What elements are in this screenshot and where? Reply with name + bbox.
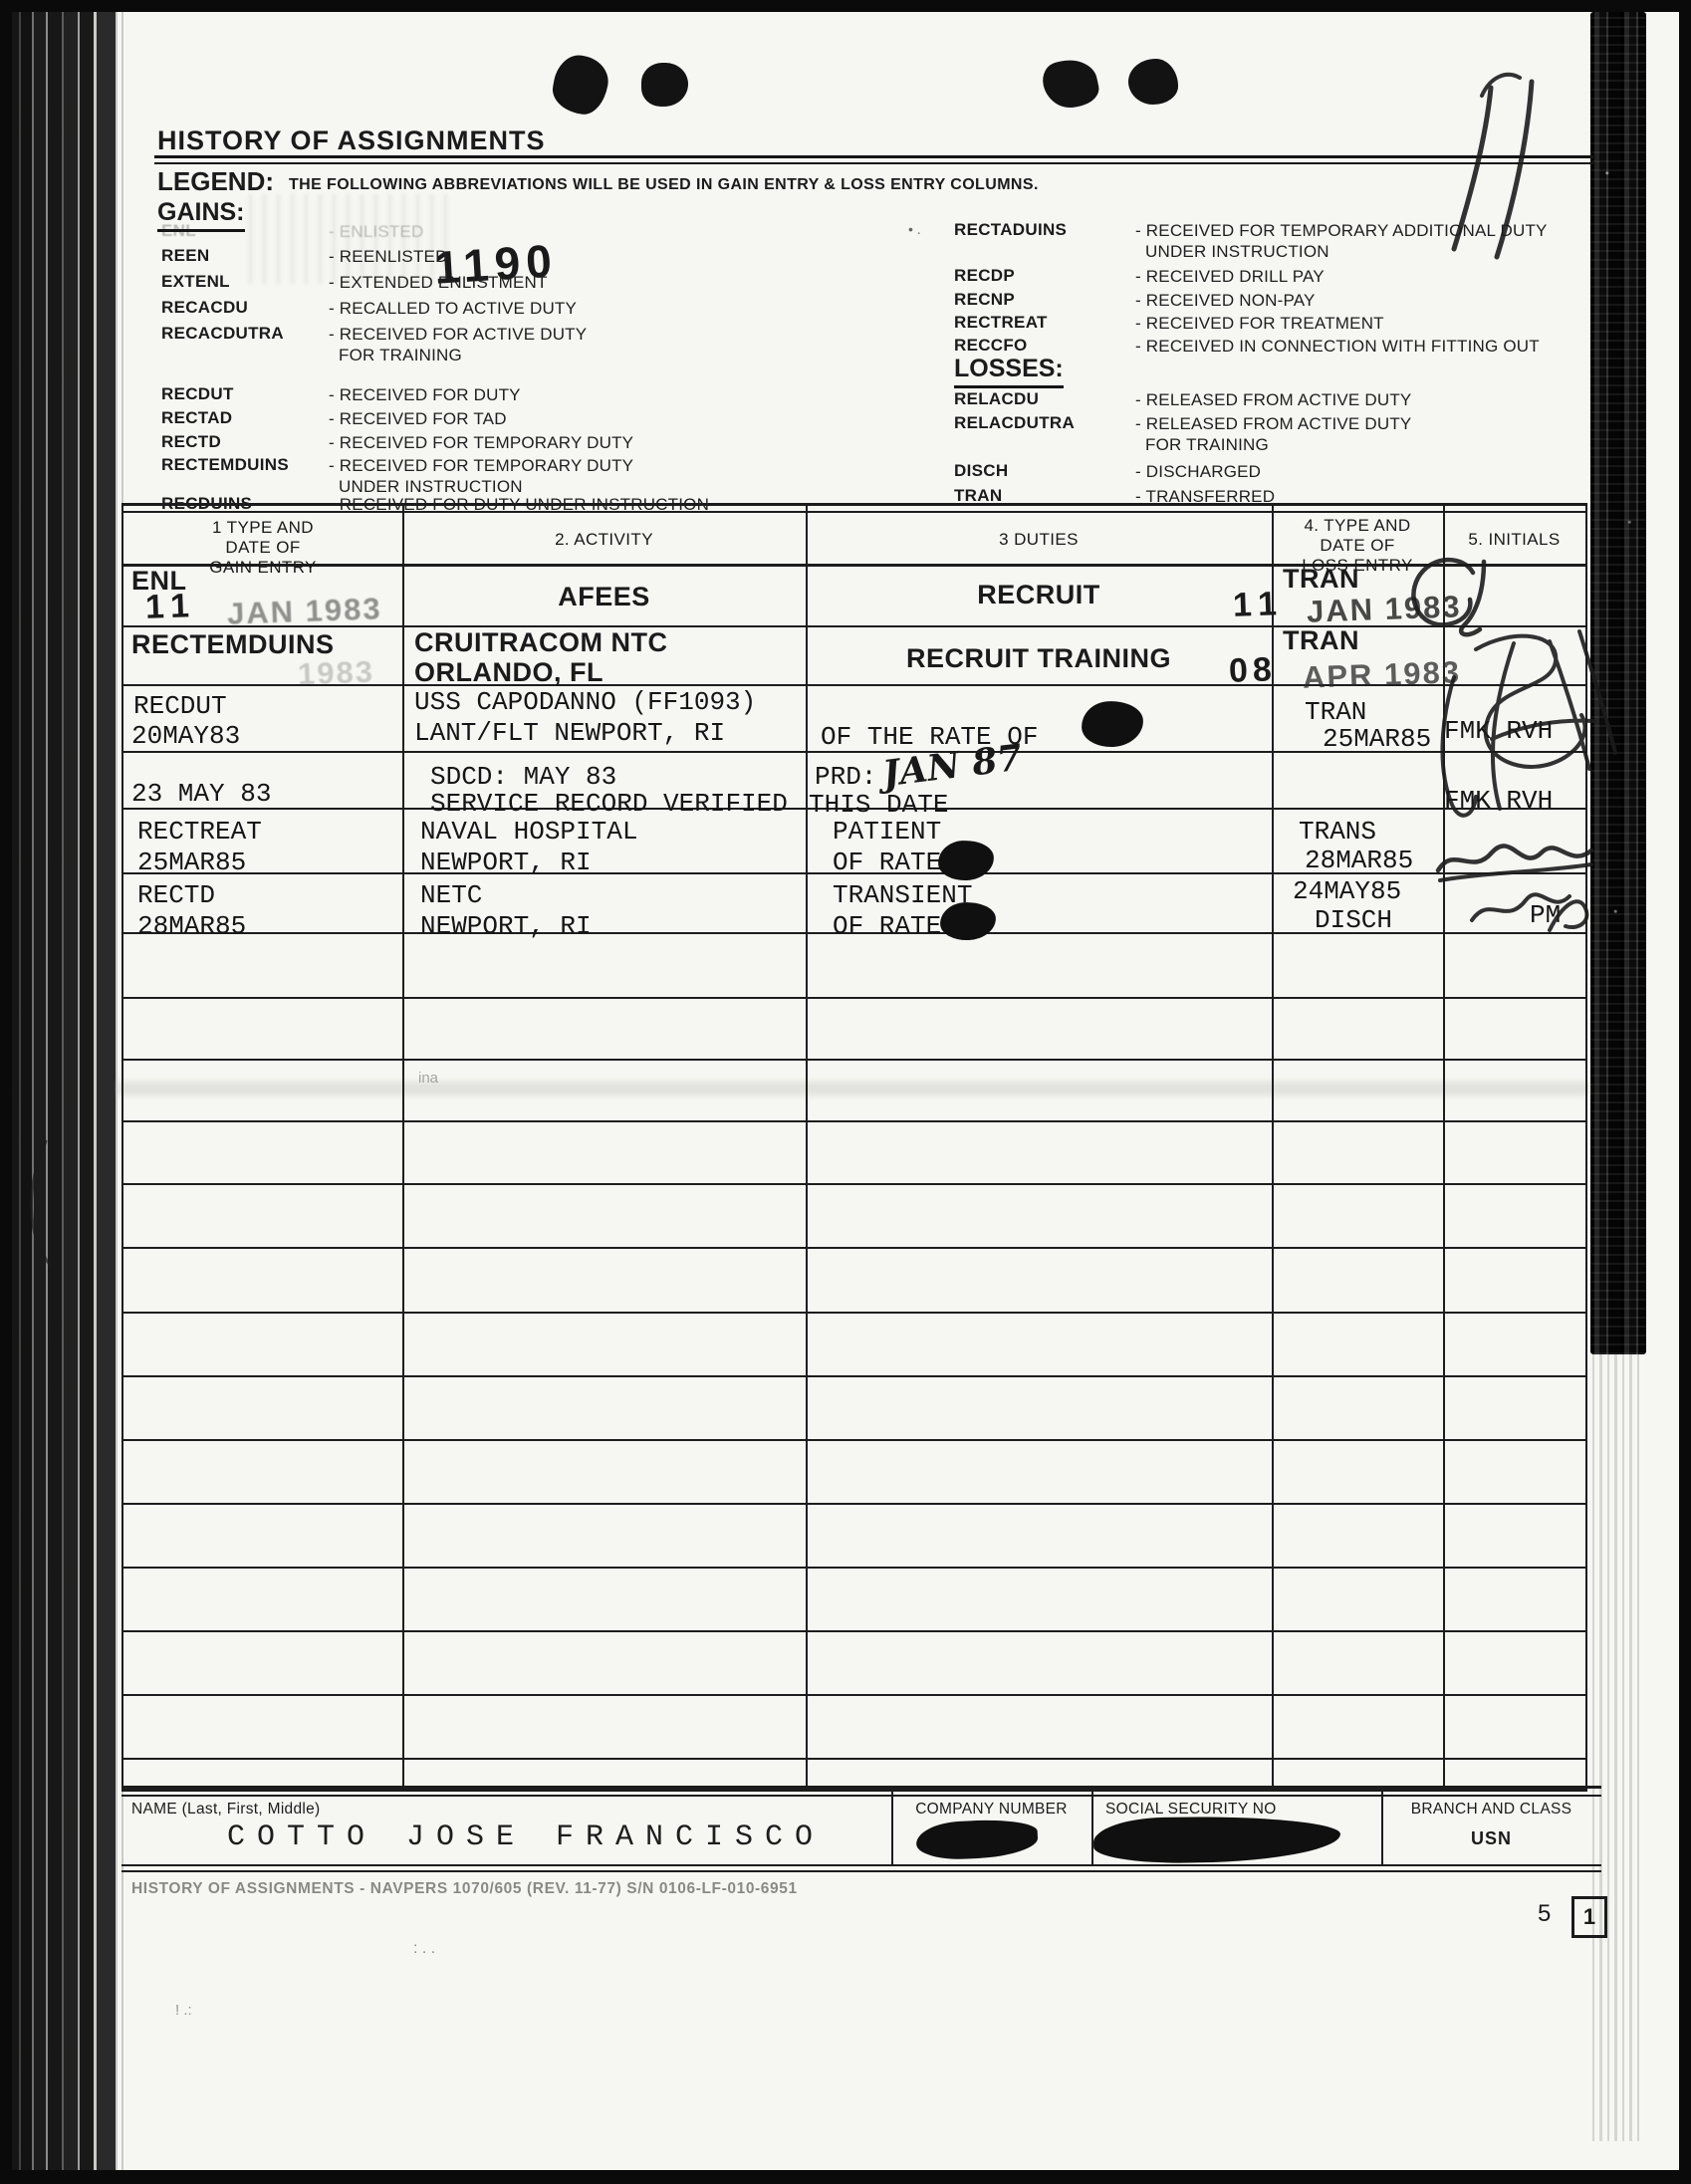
signature-scribble bbox=[1442, 677, 1476, 816]
pen-mark bbox=[1454, 88, 1491, 249]
scan-frame bbox=[0, 0, 1691, 12]
scan-frame bbox=[1679, 0, 1691, 2184]
initials-signature bbox=[1413, 560, 1473, 624]
scan-frame bbox=[0, 0, 12, 2184]
initials-signature bbox=[1440, 864, 1591, 880]
signature-scribble bbox=[1493, 643, 1514, 809]
scan-frame bbox=[0, 2170, 1691, 2184]
pen-mark bbox=[1482, 75, 1520, 96]
initials-signature bbox=[1550, 901, 1586, 930]
scanned-document-page: HISTORY OF ASSIGNMENTS LEGEND: THE FOLLO… bbox=[0, 0, 1691, 2184]
signature-scribble bbox=[1550, 641, 1589, 769]
pen-mark bbox=[31, 1141, 50, 1265]
pen-mark bbox=[1497, 82, 1532, 257]
initials-signature bbox=[1472, 894, 1570, 920]
handwriting-overlay bbox=[0, 0, 1691, 2184]
